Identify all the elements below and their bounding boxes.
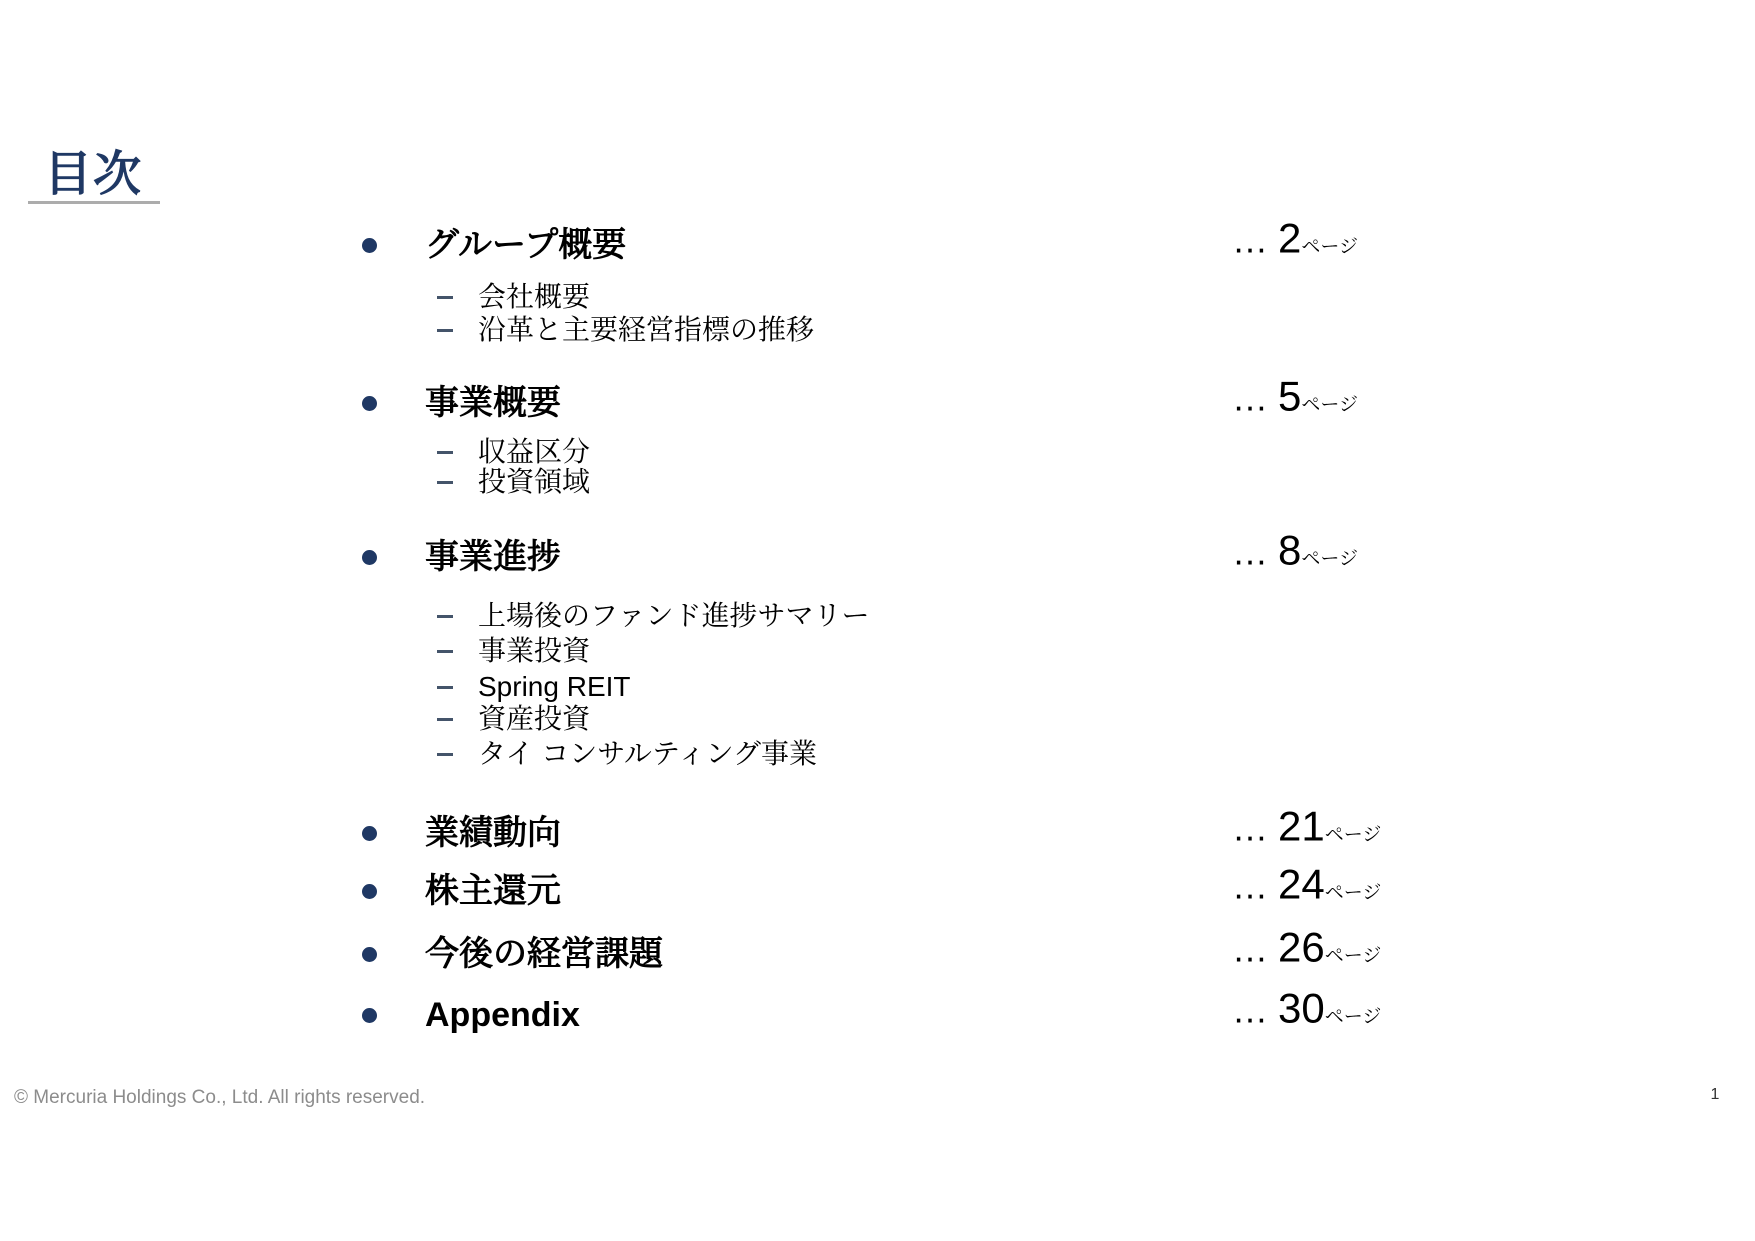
toc-section-row: 事業概要 … 5 ページ [0, 383, 1755, 423]
page-number: 5 [1278, 377, 1301, 417]
page-suffix: ページ [1301, 228, 1358, 268]
page-number: 30 [1278, 989, 1325, 1029]
page-suffix: ページ [1301, 540, 1358, 580]
leader-dots: … [1232, 809, 1268, 849]
toc-page-ref: … 2 ページ [1232, 219, 1358, 268]
bullet-icon [362, 1008, 377, 1023]
dash-icon [437, 615, 453, 618]
toc-section-row: 事業進捗 … 8 ページ [0, 537, 1755, 577]
leader-dots: … [1232, 221, 1268, 261]
bullet-icon [362, 238, 377, 253]
toc-page-ref: … 21 ページ [1232, 807, 1381, 856]
page-suffix: ページ [1301, 386, 1358, 426]
page-suffix: ページ [1325, 874, 1382, 914]
leader-dots: … [1232, 930, 1268, 970]
toc-section-row: グループ概要 … 2 ページ [0, 225, 1755, 265]
toc-section-label: 事業進捗 [425, 537, 561, 577]
dash-icon [437, 296, 453, 299]
page-suffix: ページ [1325, 816, 1382, 856]
toc-subitem-row: 収益区分 [0, 435, 1755, 469]
toc-subitem-row: タイ コンサルティング事業 [0, 737, 1755, 771]
slide-page-number: 1 [1700, 1086, 1730, 1104]
dash-icon [437, 753, 453, 756]
footer-copyright: © Mercuria Holdings Co., Ltd. All rights… [14, 1087, 425, 1109]
page-number: 21 [1278, 807, 1325, 847]
dash-icon [437, 451, 453, 454]
dash-icon [437, 329, 453, 332]
page-number: 2 [1278, 219, 1301, 259]
leader-dots: … [1232, 533, 1268, 573]
leader-dots: … [1232, 991, 1268, 1031]
toc-subitem-row: 資産投資 [0, 702, 1755, 736]
toc-section-label: 株主還元 [425, 871, 561, 911]
toc-subitem-label: タイ コンサルティング事業 [478, 737, 817, 771]
toc-subitem-row: 事業投資 [0, 634, 1755, 668]
toc-page-ref: … 8 ページ [1232, 531, 1358, 580]
toc-subitem-label: 沿革と主要経営指標の推移 [478, 313, 814, 347]
leader-dots: … [1232, 379, 1268, 419]
toc-subitem-row: Spring REIT [0, 670, 1755, 704]
leader-dots: … [1232, 867, 1268, 907]
toc-page-ref: … 5 ページ [1232, 377, 1358, 426]
toc-section-row: 株主還元 … 24 ページ [0, 871, 1755, 911]
toc-subitem-label: 上場後のファンド進捗サマリー [478, 599, 869, 633]
toc-section-label: 業績動向 [425, 813, 561, 853]
page-title: 目次 [44, 150, 142, 200]
toc-subitem-label: 資産投資 [478, 702, 590, 736]
dash-icon [437, 686, 453, 689]
toc-subitem-label: 収益区分 [478, 435, 590, 469]
bullet-icon [362, 826, 377, 841]
page-number: 8 [1278, 531, 1301, 571]
toc-section-row: 業績動向 … 21 ページ [0, 813, 1755, 853]
toc-section-label: Appendix [425, 995, 580, 1035]
bullet-icon [362, 396, 377, 411]
bullet-icon [362, 550, 377, 565]
page-suffix: ページ [1325, 998, 1382, 1038]
dash-icon [437, 481, 453, 484]
toc-page-ref: … 30 ページ [1232, 989, 1381, 1038]
dash-icon [437, 718, 453, 721]
toc-subitem-row: 会社概要 [0, 280, 1755, 314]
bullet-icon [362, 884, 377, 899]
toc-section-label: 事業概要 [425, 383, 561, 423]
toc-subitem-row: 上場後のファンド進捗サマリー [0, 599, 1755, 633]
toc-subitem-row: 沿革と主要経営指標の推移 [0, 313, 1755, 347]
toc-section-row: 今後の経営課題 … 26 ページ [0, 934, 1755, 974]
toc-page-ref: … 24 ページ [1232, 865, 1381, 914]
slide-canvas: 目次 グループ概要 … 2 ページ 会社概要 沿革と主要経営指標の推移 事業概要… [0, 0, 1755, 1241]
toc-section-label: グループ概要 [425, 225, 626, 265]
bullet-icon [362, 947, 377, 962]
title-underline [28, 201, 160, 204]
toc-page-ref: … 26 ページ [1232, 928, 1381, 977]
page-suffix: ページ [1325, 937, 1382, 977]
dash-icon [437, 650, 453, 653]
toc-section-label: 今後の経営課題 [425, 934, 663, 974]
toc-section-row: Appendix … 30 ページ [0, 995, 1755, 1035]
page-number: 24 [1278, 865, 1325, 905]
toc-subitem-label: Spring REIT [478, 670, 631, 704]
toc-subitem-row: 投資領域 [0, 465, 1755, 499]
toc-subitem-label: 会社概要 [478, 280, 590, 314]
page-number: 26 [1278, 928, 1325, 968]
toc-subitem-label: 事業投資 [478, 634, 590, 668]
toc-subitem-label: 投資領域 [478, 465, 590, 499]
